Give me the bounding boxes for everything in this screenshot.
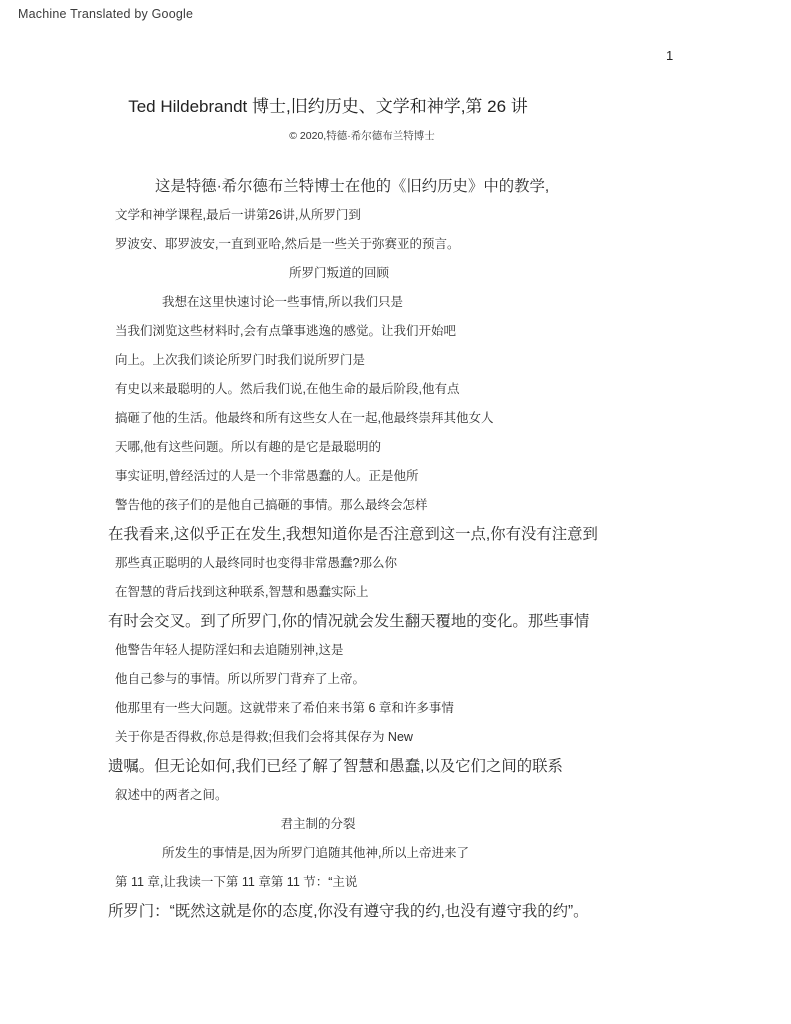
paragraph-line: 天哪,他有这些问题。所以有趣的是它是最聪明的 bbox=[115, 433, 591, 462]
paragraph-line: 所罗门：“既然这就是你的态度,你没有遵守我的约,也没有遵守我的约”。 bbox=[108, 897, 591, 926]
document-title: Ted Hildebrandt 博士,旧约历史、文学和神学,第 26 讲 bbox=[97, 92, 559, 117]
paragraph-line: 有史以来最聪明的人。然后我们说,在他生命的最后阶段,他有点 bbox=[115, 375, 591, 404]
paragraph-line: 关于你是否得救,你总是得救;但我们会将其保存为 New bbox=[115, 723, 591, 752]
paragraph-line: 他那里有一些大问题。这就带来了希伯来书第 6 章和许多事情 bbox=[115, 694, 591, 723]
paragraph-line: 当我们浏览这些材料时,会有点肇事逃逸的感觉。让我们开始吧 bbox=[115, 317, 591, 346]
paragraph-line: 我想在这里快速讨论一些事情,所以我们只是 bbox=[115, 288, 591, 317]
paragraph-line: 叙述中的两者之间。 bbox=[115, 781, 591, 810]
paragraph-line: 向上。上次我们谈论所罗门时我们说所罗门是 bbox=[115, 346, 591, 375]
section-heading: 君主制的分裂 bbox=[80, 810, 556, 839]
paragraph-line: 有时会交叉。到了所罗门,你的情况就会发生翻天覆地的变化。那些事情 bbox=[108, 607, 591, 636]
translator-note: Machine Translated by Google bbox=[18, 7, 193, 21]
page-number: 1 bbox=[666, 48, 673, 63]
paragraph-line: 那些真正聪明的人最终同时也变得非常愚蠢?那么你 bbox=[115, 549, 591, 578]
paragraph-line: 遗嘱。但无论如何,我们已经了解了智慧和愚蠢,以及它们之间的联系 bbox=[108, 752, 591, 781]
paragraph-line: 事实证明,曾经活过的人是一个非常愚蠢的人。正是他所 bbox=[115, 462, 591, 491]
paragraph-line: 所发生的事情是,因为所罗门追随其他神,所以上帝进来了 bbox=[115, 839, 591, 868]
document-page: Machine Translated by Google 1 Ted Hilde… bbox=[0, 0, 791, 1024]
paragraph-line: 他警告年轻人提防淫妇和去追随别神,这是 bbox=[115, 636, 591, 665]
paragraph-line: 罗波安、耶罗波安,一直到亚哈,然后是一些关于弥赛亚的预言。 bbox=[115, 230, 591, 259]
document-body: 这是特德·希尔德布兰特博士在他的《旧约历史》中的教学, 文学和神学课程,最后一讲… bbox=[115, 172, 591, 926]
paragraph-line: 第 11 章,让我读一下第 11 章第 11 节：“主说 bbox=[115, 868, 591, 897]
paragraph-line: 在智慧的背后找到这种联系,智慧和愚蠢实际上 bbox=[115, 578, 591, 607]
copyright-line: © 2020,特德·希尔德布兰特博士 bbox=[131, 128, 593, 143]
paragraph-line: 他自己参与的事情。所以所罗门背弃了上帝。 bbox=[115, 665, 591, 694]
section-heading: 所罗门叛道的回顾 bbox=[101, 259, 577, 288]
paragraph-line: 这是特德·希尔德布兰特博士在他的《旧约历史》中的教学, bbox=[108, 172, 591, 201]
paragraph-line: 搞砸了他的生活。他最终和所有这些女人在一起,他最终崇拜其他女人 bbox=[115, 404, 591, 433]
paragraph-line: 在我看来,这似乎正在发生,我想知道你是否注意到这一点,你有没有注意到 bbox=[108, 520, 591, 549]
paragraph-line: 警告他的孩子们的是他自己搞砸的事情。那么最终会怎样 bbox=[115, 491, 591, 520]
paragraph-line: 文学和神学课程,最后一讲第26讲,从所罗门到 bbox=[115, 201, 591, 230]
